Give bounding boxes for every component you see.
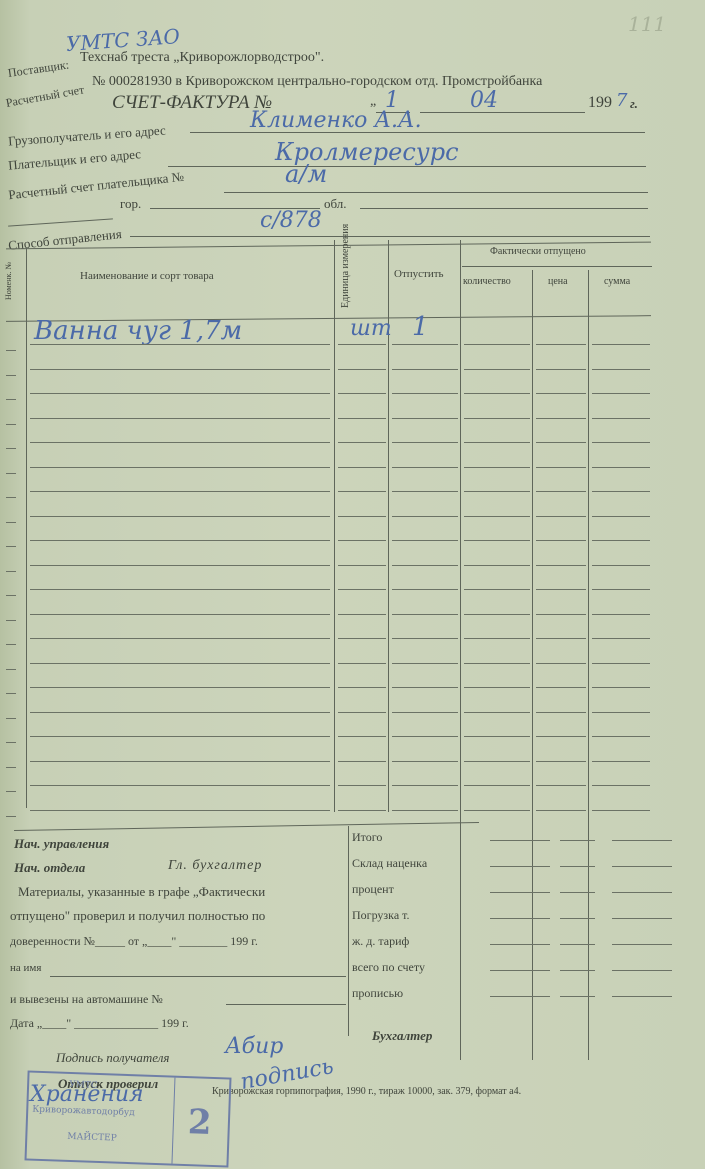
row-rule: [392, 442, 458, 443]
row-rule: [592, 418, 650, 419]
materials-text-1: Материалы, указанные в графе „Фактически: [18, 884, 265, 900]
summary-label: всего по счету: [352, 960, 425, 975]
row-rule: [338, 540, 386, 541]
date-month-line: [420, 112, 585, 113]
recipient-signature: Абир: [225, 1034, 283, 1059]
table-bottom-border: [14, 822, 479, 831]
summary-value-line: [612, 918, 672, 919]
row-rule: [338, 589, 386, 590]
row-rule: [30, 516, 330, 517]
row-tick: [6, 767, 16, 768]
summary-value-line: [612, 996, 672, 997]
summary-divider: [348, 826, 349, 1036]
row-rule: [392, 467, 458, 468]
row-rule: [464, 369, 530, 370]
city-label: гор.: [120, 196, 141, 212]
summary-value-line: [612, 840, 672, 841]
summary-label: Погрузка т.: [352, 908, 410, 923]
row-rule: [392, 712, 458, 713]
row-rule: [464, 565, 530, 566]
region-line: [360, 208, 648, 209]
address-line: [8, 218, 113, 226]
row-rule: [536, 540, 586, 541]
row-rule: [392, 761, 458, 762]
row-rule: [592, 442, 650, 443]
row-tick: [6, 448, 16, 449]
invoice-title: СЧЕТ-ФАКТУРА №: [112, 92, 272, 114]
recipient-signature-label: Подпись получателя: [56, 1050, 169, 1066]
row-rule: [392, 393, 458, 394]
row-rule: [338, 442, 386, 443]
date-month: 04: [470, 88, 498, 113]
row-rule: [392, 491, 458, 492]
shipping-value[interactable]: с/878: [260, 208, 322, 233]
row-rule: [30, 761, 330, 762]
row-rule: [392, 344, 458, 345]
summary-value-line: [490, 996, 550, 997]
summary-value-line: [612, 970, 672, 971]
col-divider-quantity: [532, 270, 533, 1060]
row-rule: [536, 663, 586, 664]
row-rule: [592, 467, 650, 468]
row-rule: [536, 418, 586, 419]
row-rule: [464, 589, 530, 590]
row-tick: [6, 742, 16, 743]
summary-value-line: [490, 918, 550, 919]
head-management: Нач. управления: [14, 836, 109, 852]
summary-label: ж. д. тариф: [352, 934, 409, 949]
row-rule: [536, 491, 586, 492]
row-rule: [30, 663, 330, 664]
row-rule: [464, 491, 530, 492]
row-rule: [392, 540, 458, 541]
row-rule: [592, 638, 650, 639]
row-rule: [536, 712, 586, 713]
row-rule: [592, 810, 650, 811]
row-rule: [30, 736, 330, 737]
row-rule: [536, 516, 586, 517]
row-rule: [392, 638, 458, 639]
row-rule: [464, 687, 530, 688]
row-rule: [536, 761, 586, 762]
row-rule: [338, 712, 386, 713]
header-quantity: количество: [463, 276, 511, 287]
summary-value-line: [560, 892, 595, 893]
row-tick: [6, 718, 16, 719]
summary-value-line: [490, 944, 550, 945]
supplier-label: Поставщик:: [7, 58, 70, 81]
region-label: обл.: [324, 196, 347, 212]
row-rule: [338, 810, 386, 811]
in-name-label: на имя: [10, 962, 41, 974]
row-rule: [464, 712, 530, 713]
materials-text-2: отпущено" проверил и получил полностью п…: [10, 908, 265, 924]
row-rule: [464, 418, 530, 419]
row-rule: [338, 638, 386, 639]
row-tick: [6, 473, 16, 474]
row-rule: [30, 785, 330, 786]
row-rule: [338, 785, 386, 786]
row-rule: [464, 736, 530, 737]
actual-group-underline: [462, 266, 652, 267]
summary-value-line: [560, 866, 595, 867]
row-rule: [338, 736, 386, 737]
shipping-line: [130, 236, 650, 237]
row-rule: [536, 638, 586, 639]
stamp-line3: МАЙСТЕР: [67, 1132, 117, 1144]
row-rule: [392, 736, 458, 737]
row-rule: [464, 761, 530, 762]
row-rule: [30, 565, 330, 566]
row-rule: [464, 785, 530, 786]
row-rule: [338, 467, 386, 468]
row-rule: [338, 369, 386, 370]
stamp-number: 2: [187, 1102, 212, 1143]
row-rule: [30, 393, 330, 394]
row-tick: [6, 375, 16, 376]
row-rule: [392, 810, 458, 811]
row-tick: [6, 620, 16, 621]
payer-account-value[interactable]: а/м: [285, 160, 327, 188]
row-rule: [392, 687, 458, 688]
row-rule: [30, 589, 330, 590]
stamp-divider: [171, 1078, 175, 1164]
power-of-attorney: доверенности №_____ от „____" ________ 1…: [10, 934, 258, 949]
exported-by: и вывезены на автомашине №: [10, 992, 163, 1007]
row-rule: [30, 344, 330, 345]
row-tick: [6, 644, 16, 645]
col-divider-number: [26, 248, 27, 808]
row-rule: [592, 344, 650, 345]
date-year-suffix: 7: [616, 90, 627, 111]
row-rule: [338, 393, 386, 394]
row-tick: [6, 571, 16, 572]
header-sum: сумма: [604, 276, 630, 287]
row-rule: [536, 785, 586, 786]
header-unit: Единица измерения: [340, 224, 351, 308]
row-rule: [536, 467, 586, 468]
row-rule: [392, 516, 458, 517]
row-tick: [6, 546, 16, 547]
row-tick: [6, 791, 16, 792]
row-rule: [464, 516, 530, 517]
row-rule: [464, 614, 530, 615]
row-rule: [536, 810, 586, 811]
row-rule: [30, 638, 330, 639]
row-1-release[interactable]: 1: [412, 312, 429, 342]
row-rule: [392, 589, 458, 590]
row-rule: [464, 467, 530, 468]
accountant-label: Бухгалтер: [372, 1028, 432, 1044]
row-rule: [592, 369, 650, 370]
stamp-handwritten: Хранения: [30, 1082, 144, 1107]
row-rule: [592, 565, 650, 566]
summary-label: Склад наценка: [352, 856, 427, 871]
row-rule: [338, 516, 386, 517]
row-rule: [338, 761, 386, 762]
invoice-page: 111 УМТС ЗАО Поставщик: Техснаб треста „…: [0, 0, 705, 1169]
row-rule: [30, 491, 330, 492]
summary-value-line: [560, 996, 595, 997]
row-rule: [338, 418, 386, 419]
row-rule: [30, 467, 330, 468]
row-rule: [464, 638, 530, 639]
consignee-value[interactable]: Клименко А.А.: [250, 108, 422, 133]
payer-account-line: [224, 192, 648, 193]
row-rule: [592, 712, 650, 713]
year-suffix-label: г.: [630, 96, 638, 112]
row-rule: [464, 393, 530, 394]
summary-value-line: [560, 840, 595, 841]
row-rule: [30, 369, 330, 370]
row-rule: [592, 393, 650, 394]
row-rule: [392, 369, 458, 370]
supplier-value: Техснаб треста „Криворожлорводстроо".: [80, 50, 324, 66]
summary-value-line: [612, 944, 672, 945]
header-actual-group: Фактически отпущено: [490, 246, 586, 257]
row-rule: [338, 344, 386, 345]
row-tick: [6, 816, 16, 817]
row-tick: [6, 424, 16, 425]
consignee-label: Грузополучатель и его адрес: [8, 123, 167, 150]
row-1-name[interactable]: Ванна чуг 1,7м: [34, 316, 242, 346]
row-rule: [536, 736, 586, 737]
col-divider-price: [588, 270, 589, 1060]
row-rule: [464, 344, 530, 345]
row-rule: [392, 614, 458, 615]
row-tick: [6, 399, 16, 400]
row-tick: [6, 595, 16, 596]
col-divider-release: [460, 240, 461, 1060]
col-divider-name: [334, 240, 335, 812]
row-rule: [392, 565, 458, 566]
row-rule: [592, 761, 650, 762]
row-rule: [464, 442, 530, 443]
row-rule: [592, 540, 650, 541]
row-rule: [30, 712, 330, 713]
row-rule: [30, 614, 330, 615]
summary-value-line: [560, 918, 595, 919]
row-rule: [536, 442, 586, 443]
in-name-line: [50, 976, 346, 977]
summary-value-line: [612, 866, 672, 867]
row-rule: [536, 687, 586, 688]
row-rule: [536, 393, 586, 394]
header-price: цена: [548, 276, 568, 287]
row-rule: [392, 663, 458, 664]
row-rule: [592, 785, 650, 786]
row-tick: [6, 497, 16, 498]
row-rule: [338, 565, 386, 566]
row-rule: [392, 418, 458, 419]
row-rule: [592, 614, 650, 615]
date-label: Дата „____" ______________ 199 г.: [10, 1016, 189, 1031]
row-rule: [464, 540, 530, 541]
row-rule: [592, 516, 650, 517]
vehicle-line: [226, 1004, 346, 1005]
row-rule: [30, 442, 330, 443]
row-rule: [338, 687, 386, 688]
summary-label: Итого: [352, 830, 382, 845]
corner-mark: 111: [628, 12, 666, 36]
row-rule: [592, 736, 650, 737]
row-rule: [592, 663, 650, 664]
row-1-unit[interactable]: шт: [350, 316, 392, 341]
row-rule: [392, 785, 458, 786]
summary-value-line: [612, 892, 672, 893]
summary-value-line: [490, 866, 550, 867]
payer-account-label: Расчетный счет плательщика №: [8, 169, 185, 203]
row-rule: [536, 565, 586, 566]
row-rule: [536, 344, 586, 345]
date-year-prefix: 199: [588, 94, 612, 112]
row-rule: [536, 589, 586, 590]
row-rule: [592, 589, 650, 590]
row-rule: [536, 369, 586, 370]
header-name: Наименование и сорт товара: [80, 270, 214, 282]
account-label: Расчетный счет: [5, 82, 86, 111]
row-tick: [6, 669, 16, 670]
summary-value-line: [560, 944, 595, 945]
shipping-label: Способ отправления: [7, 226, 122, 254]
row-tick: [6, 350, 16, 351]
row-rule: [30, 810, 330, 811]
chief-accountant: Гл. бухгалтер: [168, 858, 262, 874]
row-rule: [464, 663, 530, 664]
payer-line: [168, 166, 646, 167]
row-tick: [6, 522, 16, 523]
head-department: Нач. отдела: [14, 860, 85, 876]
row-rule: [338, 491, 386, 492]
row-rule: [338, 614, 386, 615]
row-rule: [464, 810, 530, 811]
row-rule: [536, 614, 586, 615]
payer-label: Плательщик и его адрес: [8, 146, 142, 174]
row-rule: [30, 687, 330, 688]
summary-value-line: [490, 840, 550, 841]
row-rule: [30, 418, 330, 419]
row-rule: [592, 491, 650, 492]
summary-value-line: [560, 970, 595, 971]
summary-value-line: [490, 970, 550, 971]
row-tick: [6, 693, 16, 694]
row-rule: [30, 540, 330, 541]
row-rule: [338, 663, 386, 664]
summary-value-line: [490, 892, 550, 893]
summary-label: процент: [352, 882, 394, 897]
summary-label: прописью: [352, 986, 403, 1001]
header-release: Отпустить: [394, 268, 444, 280]
row-rule: [592, 687, 650, 688]
header-number: Номенк. №: [4, 262, 13, 300]
